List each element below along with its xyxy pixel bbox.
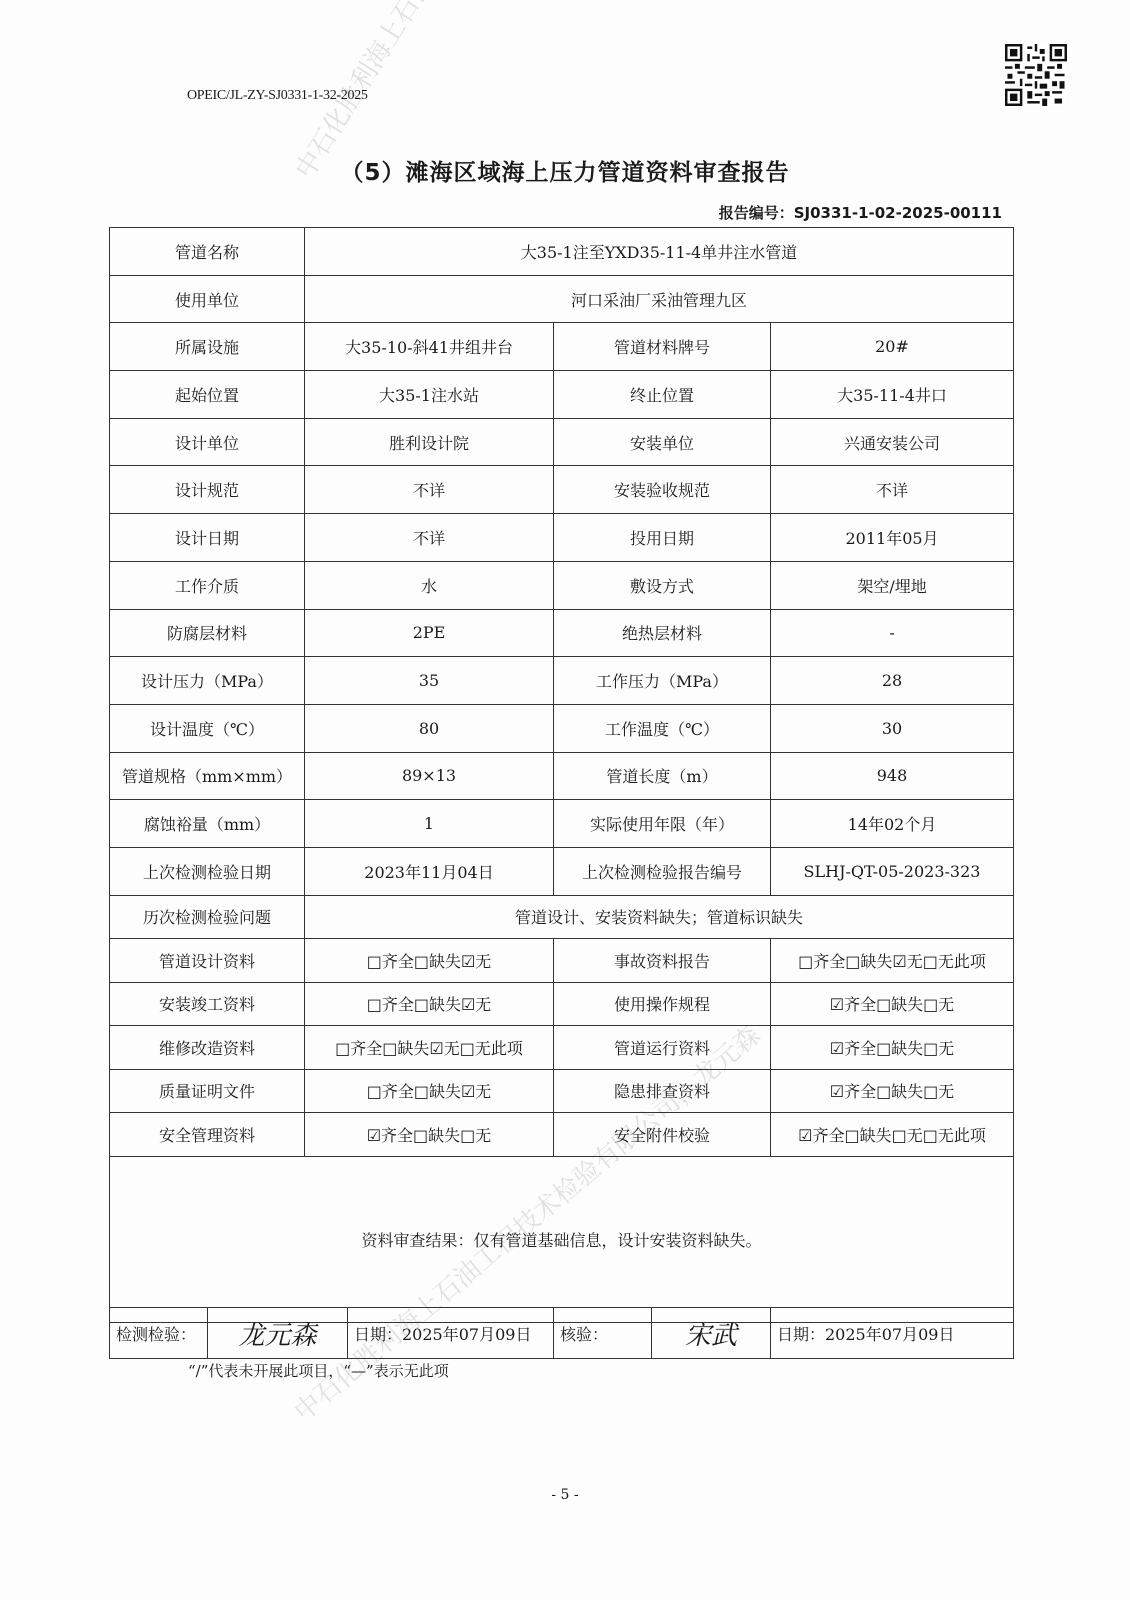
verify-date: 日期：2025年07月09日 — [771, 1308, 1014, 1359]
result-row: 资料审查结果：仅有管道基础信息，设计安装资料缺失。 — [110, 1156, 1014, 1322]
verifier-signature: 宋武 — [652, 1308, 771, 1359]
table-row: 工作介质水敷设方式架空/埋地 — [110, 561, 1014, 609]
label-cell: 设计单位 — [110, 418, 305, 466]
value-cell: 架空/埋地 — [771, 561, 1014, 609]
label-cell: 质量证明文件 — [110, 1069, 305, 1113]
report-number: 报告编号：SJ0331-1-02-2025-00111 — [719, 202, 1002, 223]
label-cell: 隐患排查资料 — [554, 1069, 771, 1113]
checkbox-group: □齐全□缺失☑无 — [305, 1069, 554, 1113]
label-cell: 事故资料报告 — [554, 939, 771, 983]
checkbox-row: 安装竣工资料□齐全□缺失☑无使用操作规程☑齐全□缺失□无 — [110, 982, 1014, 1026]
table-row: 设计压力（MPa）35工作压力（MPa）28 — [110, 657, 1014, 705]
value-cell: 1 — [305, 800, 554, 848]
checkbox-row: 维修改造资料□齐全□缺失☑无□无此项管道运行资料☑齐全□缺失□无 — [110, 1026, 1014, 1070]
label-cell: 防腐层材料 — [110, 609, 305, 657]
checkbox-group: ☑齐全□缺失□无□无此项 — [771, 1113, 1014, 1157]
checkbox-row: 质量证明文件□齐全□缺失☑无隐患排查资料☑齐全□缺失□无 — [110, 1069, 1014, 1113]
table-row: 使用单位 河口采油厂采油管理九区 — [110, 275, 1014, 323]
verify-label: 核验： — [554, 1308, 652, 1359]
table-row: 管道规格（mm×mm）89×13管道长度（m）948 — [110, 752, 1014, 800]
value-cell: 大35-1注水站 — [305, 371, 554, 419]
table-row: 设计单位胜利设计院安装单位兴通安装公司 — [110, 418, 1014, 466]
label-cell: 管道材料牌号 — [554, 323, 771, 371]
value-cell: 大35-11-4井口 — [771, 371, 1014, 419]
label-cell: 设计规范 — [110, 466, 305, 514]
label-cell: 设计温度（℃） — [110, 704, 305, 752]
table-row: 上次检测检验日期2023年11月04日上次检测检验报告编号SLHJ-QT-05-… — [110, 847, 1014, 895]
value-cell: 2011年05月 — [771, 514, 1014, 562]
legend-note: “/”代表未开展此项目，“—”表示无此项 — [188, 1360, 449, 1381]
value-cell: 不详 — [771, 466, 1014, 514]
label-cell: 起始位置 — [110, 371, 305, 419]
value-cell: 35 — [305, 657, 554, 705]
inspect-date: 日期：2025年07月09日 — [348, 1308, 554, 1359]
label-cell: 安装单位 — [554, 418, 771, 466]
checkbox-group: ☑齐全□缺失□无 — [771, 1069, 1014, 1113]
value-cell: - — [771, 609, 1014, 657]
page-title: （5）滩海区域海上压力管道资料审查报告 — [0, 154, 1130, 187]
inspect-label: 检测检验： — [110, 1308, 208, 1359]
label-cell: 实际使用年限（年） — [554, 800, 771, 848]
inspector-signature: 龙元森 — [208, 1308, 348, 1359]
review-table: 管道名称 大35-1注至YXD35-11-4单井注水管道 使用单位 河口采油厂采… — [109, 227, 1014, 1323]
user-unit-value: 河口采油厂采油管理九区 — [305, 275, 1014, 323]
label-cell: 上次检测检验报告编号 — [554, 847, 771, 895]
checkbox-group: ☑齐全□缺失□无 — [771, 982, 1014, 1026]
qr-code-icon — [1005, 44, 1067, 106]
label-cell: 安全管理资料 — [110, 1113, 305, 1157]
value-cell: 2PE — [305, 609, 554, 657]
label-cell: 管道规格（mm×mm） — [110, 752, 305, 800]
label-cell: 管道长度（m） — [554, 752, 771, 800]
value-cell: 20# — [771, 323, 1014, 371]
checkbox-row: 管道设计资料□齐全□缺失☑无事故资料报告□齐全□缺失☑无□无此项 — [110, 939, 1014, 983]
label-cell: 维修改造资料 — [110, 1026, 305, 1070]
table-row: 设计日期不详投用日期2011年05月 — [110, 514, 1014, 562]
table-row: 设计温度（℃）80工作温度（℃）30 — [110, 704, 1014, 752]
label-cell: 投用日期 — [554, 514, 771, 562]
table-row: 防腐层材料2PE绝热层材料- — [110, 609, 1014, 657]
label-cell: 历次检测检验问题 — [110, 895, 305, 939]
label-cell: 敷设方式 — [554, 561, 771, 609]
label-cell: 工作压力（MPa） — [554, 657, 771, 705]
label-cell: 工作温度（℃） — [554, 704, 771, 752]
value-cell: 不详 — [305, 466, 554, 514]
checkbox-group: □齐全□缺失☑无□无此项 — [771, 939, 1014, 983]
value-cell: 兴通安装公司 — [771, 418, 1014, 466]
table-row: 设计规范不详安装验收规范不详 — [110, 466, 1014, 514]
label-cell: 安装验收规范 — [554, 466, 771, 514]
table-row: 管道名称 大35-1注至YXD35-11-4单井注水管道 — [110, 228, 1014, 276]
review-result: 资料审查结果：仅有管道基础信息，设计安装资料缺失。 — [110, 1156, 1014, 1322]
value-cell: 胜利设计院 — [305, 418, 554, 466]
value-cell: 2023年11月04日 — [305, 847, 554, 895]
label-cell: 腐蚀裕量（mm） — [110, 800, 305, 848]
value-cell: 30 — [771, 704, 1014, 752]
page-number: - 5 - — [0, 1487, 1130, 1503]
pipe-name-value: 大35-1注至YXD35-11-4单井注水管道 — [305, 228, 1014, 276]
signature-table: 检测检验： 龙元森 日期：2025年07月09日 核验： 宋武 日期：2025年… — [109, 1307, 1014, 1359]
label-cell: 管道运行资料 — [554, 1026, 771, 1070]
checkbox-group: □齐全□缺失☑无□无此项 — [305, 1026, 554, 1070]
value-cell: 89×13 — [305, 752, 554, 800]
checkbox-group: □齐全□缺失☑无 — [305, 939, 554, 983]
label-cell: 管道名称 — [110, 228, 305, 276]
table-row: 起始位置大35-1注水站终止位置大35-11-4井口 — [110, 371, 1014, 419]
table-row: 所属设施大35-10-斜41井组井台管道材料牌号20# — [110, 323, 1014, 371]
value-cell: 大35-10-斜41井组井台 — [305, 323, 554, 371]
value-cell: 14年02个月 — [771, 800, 1014, 848]
value-cell: 80 — [305, 704, 554, 752]
label-cell: 终止位置 — [554, 371, 771, 419]
value-cell: 水 — [305, 561, 554, 609]
table-row: 历次检测检验问题 管道设计、安装资料缺失；管道标识缺失 — [110, 895, 1014, 939]
label-cell: 安全附件校验 — [554, 1113, 771, 1157]
value-cell: 不详 — [305, 514, 554, 562]
checkbox-group: □齐全□缺失☑无 — [305, 982, 554, 1026]
table-row: 腐蚀裕量（mm）1实际使用年限（年）14年02个月 — [110, 800, 1014, 848]
label-cell: 管道设计资料 — [110, 939, 305, 983]
label-cell: 设计压力（MPa） — [110, 657, 305, 705]
checkbox-row: 安全管理资料☑齐全□缺失□无安全附件校验☑齐全□缺失□无□无此项 — [110, 1113, 1014, 1157]
label-cell: 工作介质 — [110, 561, 305, 609]
signature-row: 检测检验： 龙元森 日期：2025年07月09日 核验： 宋武 日期：2025年… — [110, 1308, 1014, 1359]
checkbox-group: ☑齐全□缺失□无 — [305, 1113, 554, 1157]
label-cell: 安装竣工资料 — [110, 982, 305, 1026]
value-cell: 948 — [771, 752, 1014, 800]
label-cell: 设计日期 — [110, 514, 305, 562]
value-cell: SLHJ-QT-05-2023-323 — [771, 847, 1014, 895]
label-cell: 所属设施 — [110, 323, 305, 371]
label-cell: 绝热层材料 — [554, 609, 771, 657]
value-cell: 28 — [771, 657, 1014, 705]
label-cell: 上次检测检验日期 — [110, 847, 305, 895]
label-cell: 使用单位 — [110, 275, 305, 323]
label-cell: 使用操作规程 — [554, 982, 771, 1026]
checkbox-group: ☑齐全□缺失□无 — [771, 1026, 1014, 1070]
document-code: OPEIC/JL-ZY-SJ0331-1-32-2025 — [187, 88, 368, 104]
history-issues-value: 管道设计、安装资料缺失；管道标识缺失 — [305, 895, 1014, 939]
